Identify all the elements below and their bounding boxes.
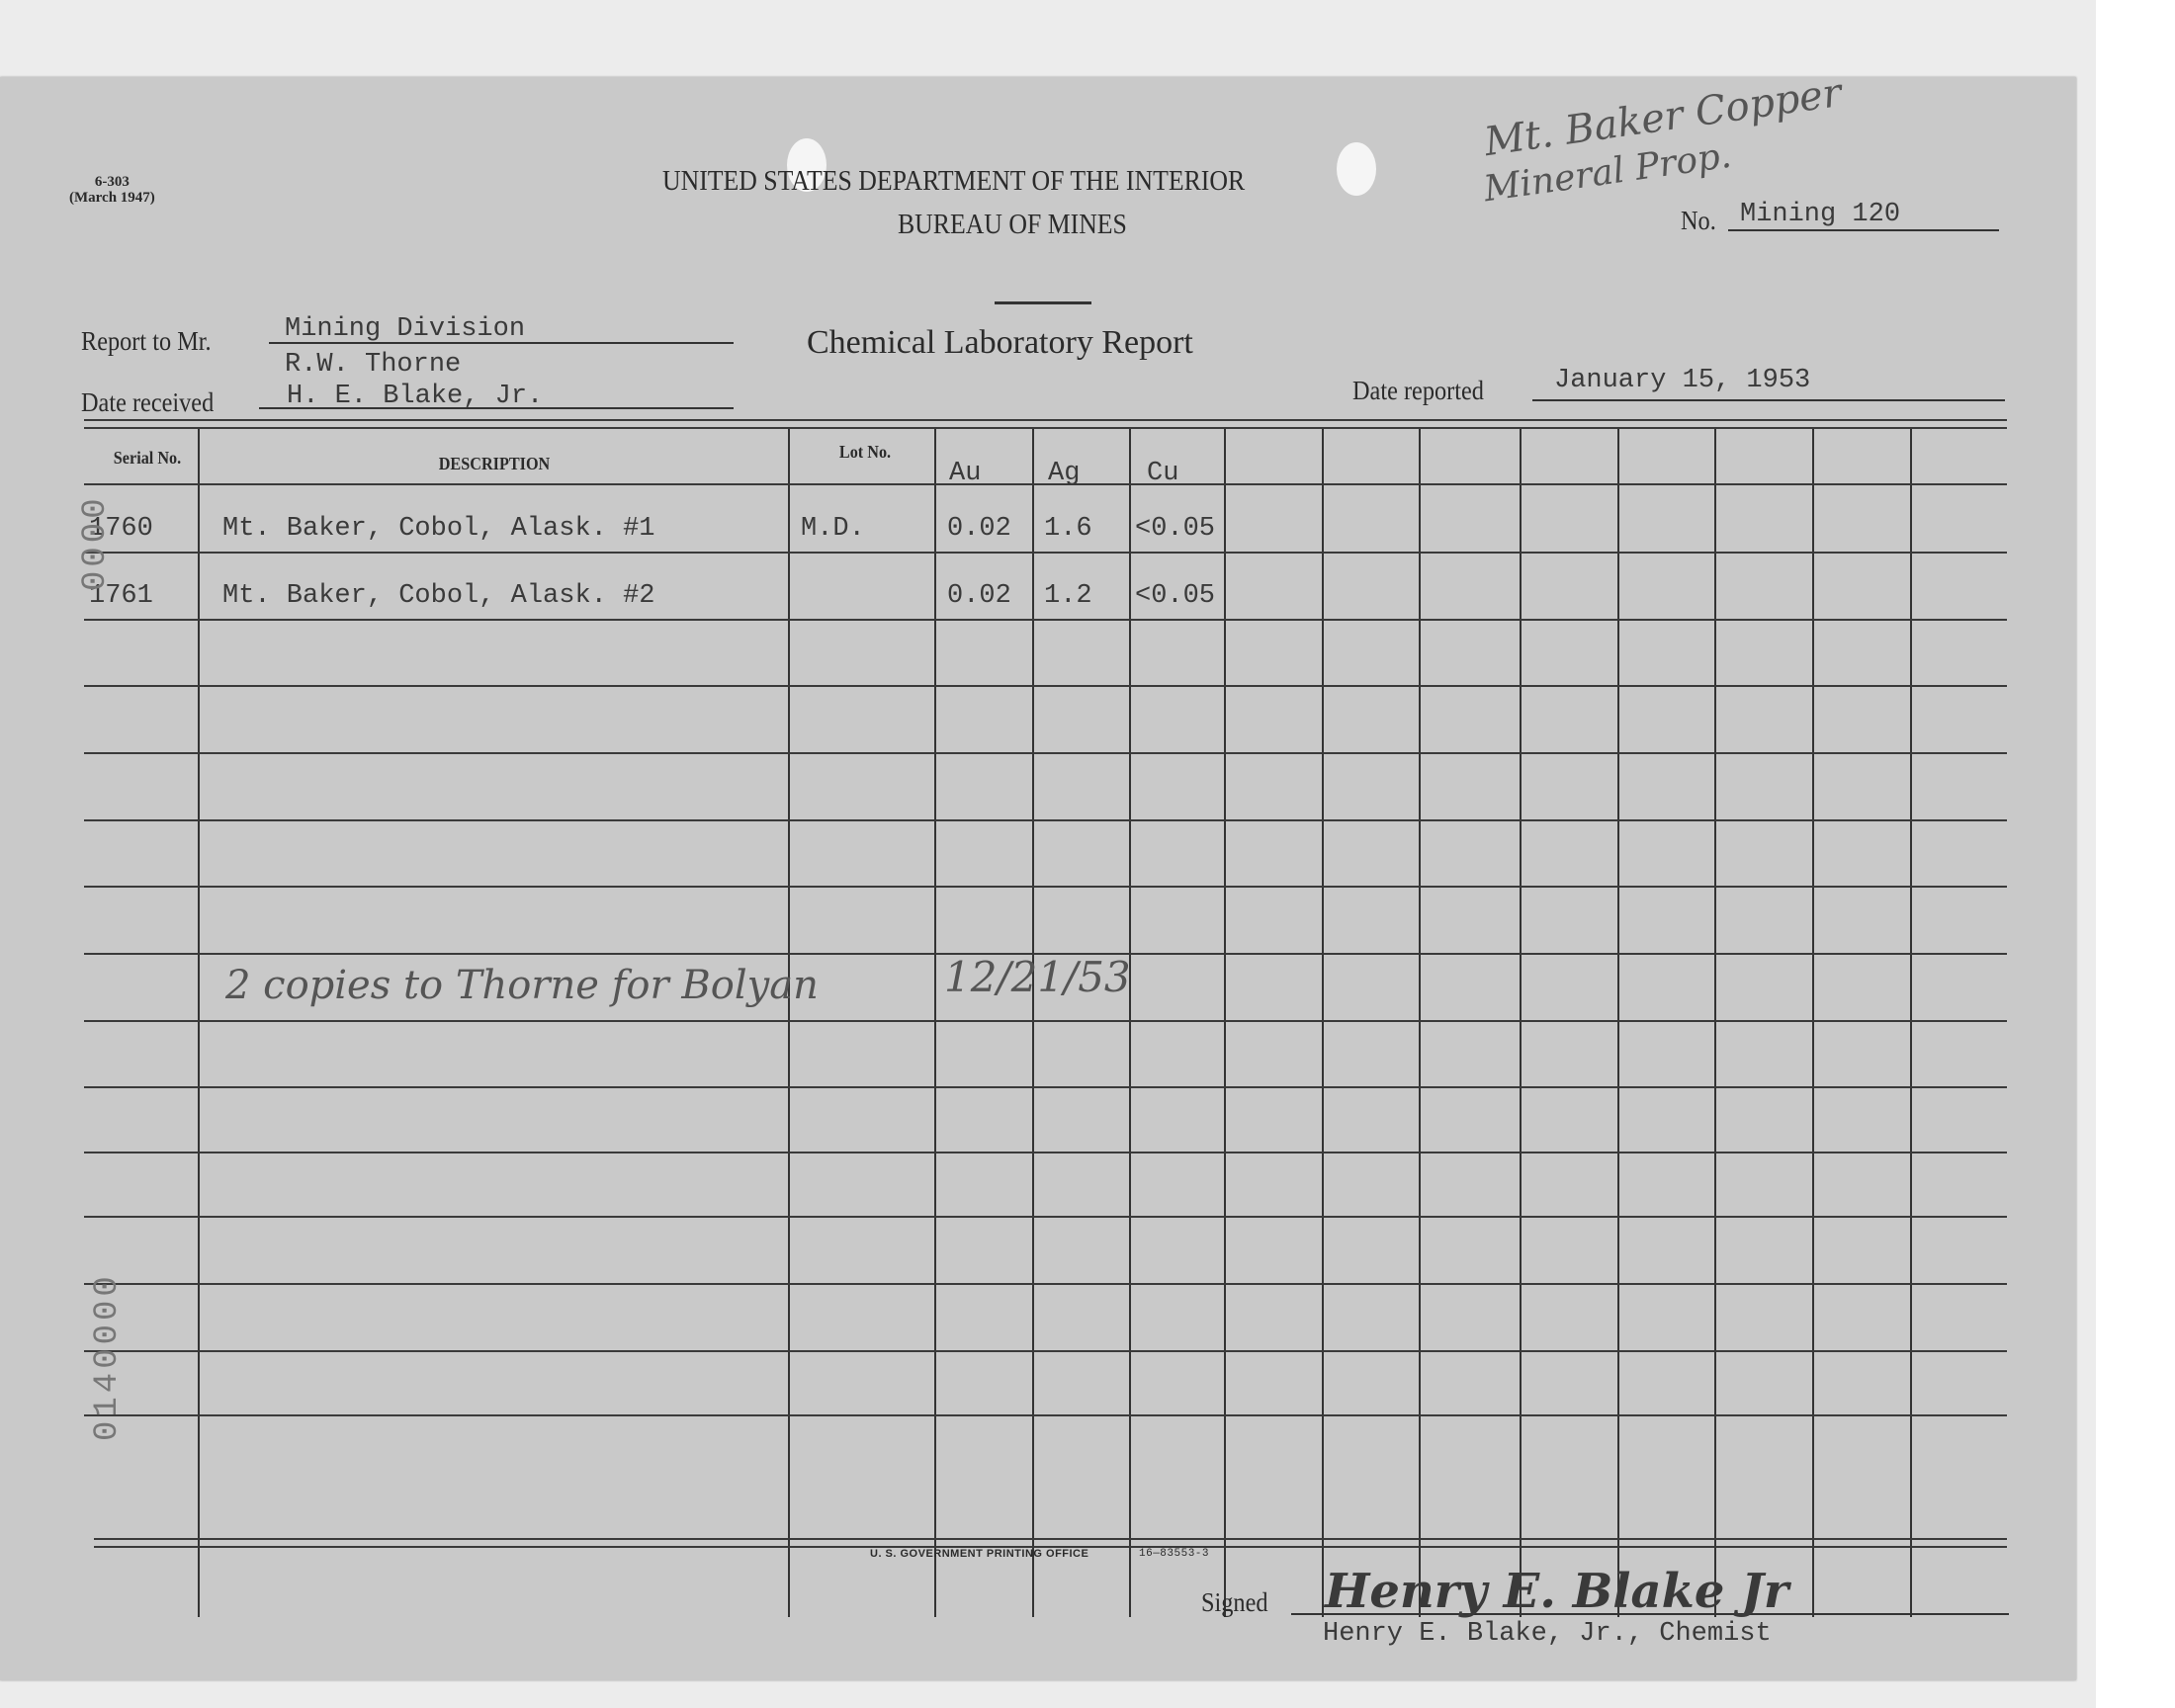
date-reported-underline	[1532, 399, 2005, 401]
row-line	[84, 685, 2007, 687]
report-to-label: Report to Mr.	[81, 326, 212, 357]
row-line	[84, 1086, 2007, 1088]
header-au: Au	[949, 459, 981, 488]
no-label: No.	[1681, 206, 1716, 236]
row-line	[84, 819, 2007, 821]
row1-ag: 1.6	[1044, 514, 1092, 544]
side-stamp-top: 0000	[77, 494, 115, 591]
bureau-heading: BUREAU OF MINES	[898, 210, 1127, 241]
col-divider	[1910, 429, 1912, 1617]
agency-heading: UNITED STATES DEPARTMENT OF THE INTERIOR	[662, 166, 1245, 198]
header-description: DESCRIPTION	[232, 455, 757, 472]
col-divider	[1322, 429, 1324, 1617]
col-divider	[1714, 429, 1716, 1617]
row-line	[84, 552, 2007, 554]
handwritten-signature: Henry E. Blake Jr	[1325, 1564, 1788, 1619]
row1-lot: M.D.	[801, 514, 865, 544]
col-divider	[1419, 429, 1421, 1617]
row-line	[84, 886, 2007, 888]
signer-name-title: Henry E. Blake, Jr., Chemist	[1323, 1619, 1772, 1649]
row1-cu: <0.05	[1135, 514, 1215, 544]
lab-report-page: 6-303 (March 1947) UNITED STATES DEPARTM…	[0, 77, 2076, 1680]
row-line	[84, 1020, 2007, 1022]
title-rule	[995, 301, 1091, 304]
date-received-underline	[259, 407, 734, 409]
header-ag: Ag	[1048, 459, 1080, 488]
table-top-rule	[84, 419, 2007, 421]
col-divider	[1032, 429, 1034, 1617]
header-cu: Cu	[1147, 459, 1178, 488]
printer-line: U. S. GOVERNMENT PRINTING OFFICE	[870, 1548, 1088, 1560]
col-divider	[788, 429, 790, 1617]
side-stamp-bottom: 0140000	[89, 1272, 127, 1441]
table-bottom-rule	[94, 1538, 2007, 1540]
no-value: Mining 120	[1740, 200, 1900, 229]
row2-ag: 1.2	[1044, 581, 1092, 611]
row-line	[84, 752, 2007, 754]
date-reported-value: January 15, 1953	[1554, 366, 1810, 395]
row1-description: Mt. Baker, Cobol, Alask. #1	[222, 514, 654, 544]
form-date-text: (March 1947)	[69, 190, 155, 206]
header-lot: Lot No.	[817, 443, 914, 461]
date-received-label: Date received	[81, 387, 214, 418]
row-line	[84, 1350, 2007, 1352]
row-line	[84, 1414, 2007, 1416]
report-to-value: Mining Division	[285, 314, 525, 344]
col-divider	[1224, 429, 1226, 1617]
row-line	[84, 1216, 2007, 1218]
date-reported-label: Date reported	[1352, 376, 1484, 406]
signed-label: Signed	[1201, 1587, 1268, 1618]
report-to-attention: R.W. Thorne	[285, 350, 461, 380]
row-line	[84, 483, 2007, 485]
table-top-rule-2	[84, 427, 2007, 429]
form-number: 6-303 (March 1947)	[69, 174, 155, 206]
row2-description: Mt. Baker, Cobol, Alask. #2	[222, 581, 654, 611]
printer-code: 16—83553-3	[1139, 1548, 1209, 1560]
punch-hole-right	[1337, 142, 1376, 196]
header-serial: Serial No.	[108, 449, 188, 467]
col-divider	[198, 429, 200, 1617]
background-strip	[2096, 0, 2175, 1708]
row2-cu: <0.05	[1135, 581, 1215, 611]
row-line	[84, 1283, 2007, 1285]
row1-au: 0.02	[947, 514, 1011, 544]
handwritten-note-date: 12/21/53	[944, 953, 1131, 1001]
row2-au: 0.02	[947, 581, 1011, 611]
form-number-text: 6-303	[69, 174, 155, 190]
col-divider	[1129, 429, 1131, 1617]
col-divider	[1617, 429, 1619, 1617]
col-divider	[1812, 429, 1814, 1617]
row-line	[84, 619, 2007, 621]
no-underline	[1728, 229, 1999, 231]
row-line	[84, 1152, 2007, 1153]
report-title: Chemical Laboratory Report	[807, 324, 1193, 362]
handwritten-distribution-note: 2 copies to Thorne for Bolyan	[225, 963, 819, 1008]
col-divider	[934, 429, 936, 1617]
report-to-underline	[269, 342, 734, 344]
col-divider	[1520, 429, 1522, 1617]
